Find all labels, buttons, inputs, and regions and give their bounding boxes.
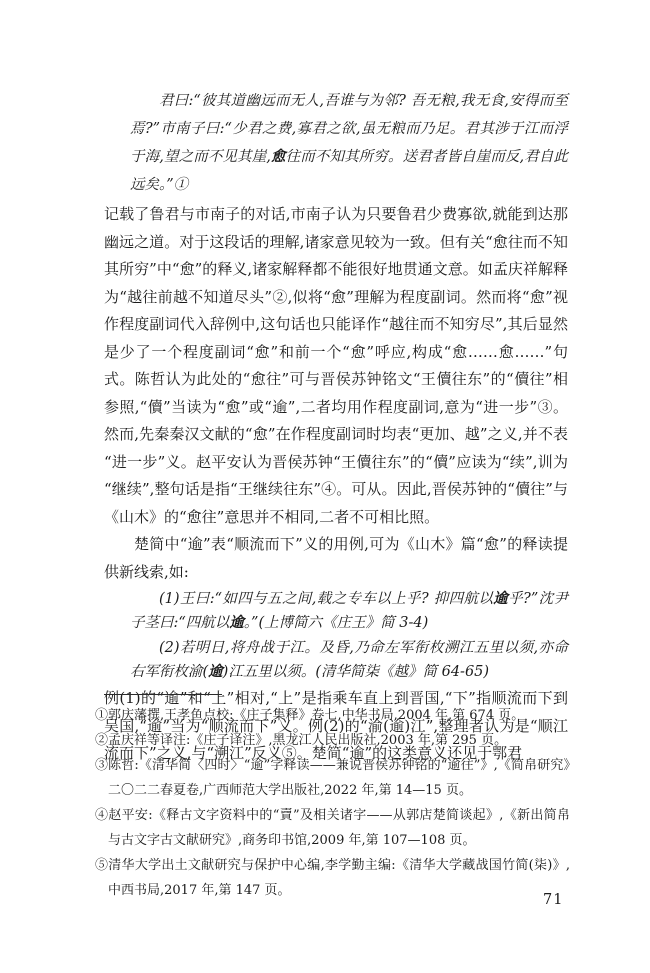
footnote-area: ①郭庆藩撰,王孝鱼点校:《庄子集释》卷七,中华书局,2004 年,第 674 页… [104,694,570,903]
example-1-block: (1)王曰:“如四与五之间,载之专车以上乎? 抑四航以逾乎?”沈尹子茎曰:“四航… [130,587,568,635]
footnote-list: ①郭庆藩撰,王孝鱼点校:《庄子集释》卷七,中华书局,2004 年,第 674 页… [95,703,570,903]
main-text-column: 君曰:“彼其道幽远而无人,吾谁与为邻? 吾无粮,我无食,安得而至焉?”市南子曰:… [104,86,568,768]
footnote-3-marker: ③ [95,758,108,773]
footnote-5: ⑤清华大学出土文献研究与保护中心编,李学勤主编:《清华大学藏战国竹简(柒)》,中… [95,853,570,903]
footnote-4: ④赵平安:《释古文字资料中的“𧶠”及相关诸字——从郭店楚简谈起》,《新出简帛与古… [95,803,570,853]
discussion-paragraph: 记载了鲁君与市南子的对话,市南子认为只要鲁君少费寡欲,就能到达那幽远之道。对于这… [104,201,568,531]
footnote-4-text: 赵平安:《释古文字资料中的“𧶠”及相关诸字——从郭店楚简谈起》,《新出简帛与古文… [108,808,570,848]
page-number: 71 [543,892,563,908]
footnote-2: ②孟庆祥等译注:《庄子译注》,黑龙江人民出版社,2003 年,第 295 页。 [95,728,570,753]
chujian-intro-paragraph: 楚简中“逾”表“顺流而下”义的用例,可为《山木》篇“愈”的释读提供新线索,如: [104,531,568,586]
book-page: 君曰:“彼其道幽远而无人,吾谁与为邻? 吾无粮,我无食,安得而至焉?”市南子曰:… [0,0,650,973]
footnote-4-marker: ④ [95,808,108,823]
footnote-3-text: 陈哲:《清华简〈四时〉“逾”字释读——兼说晋侯苏钟铭的“逾往”》,《简帛研究》二… [108,758,570,798]
footnote-3: ③陈哲:《清华简〈四时〉“逾”字释读——兼说晋侯苏钟铭的“逾往”》,《简帛研究》… [95,753,570,803]
zhuangzi-quotation-block: 君曰:“彼其道幽远而无人,吾谁与为邻? 吾无粮,我无食,安得而至焉?”市南子曰:… [130,88,568,199]
footnote-2-marker: ② [95,733,108,748]
footnote-1-marker: ① [95,708,108,723]
footnote-5-marker: ⑤ [95,858,108,873]
footnote-2-text: 孟庆祥等译注:《庄子译注》,黑龙江人民出版社,2003 年,第 295 页。 [108,733,507,748]
footnote-divider [104,694,222,695]
example-2-block: (2)若明日,将舟战于江。及昏,乃命左军衔枚溯江五里以须,亦命右军衔枚渝(逾)江… [130,636,568,684]
footnote-1: ①郭庆藩撰,王孝鱼点校:《庄子集释》卷七,中华书局,2004 年,第 674 页… [95,703,570,728]
footnote-1-text: 郭庆藩撰,王孝鱼点校:《庄子集释》卷七,中华书局,2004 年,第 674 页。 [108,708,524,723]
footnote-5-text: 清华大学出土文献研究与保护中心编,李学勤主编:《清华大学藏战国竹简(柒)》,中西… [108,858,570,898]
